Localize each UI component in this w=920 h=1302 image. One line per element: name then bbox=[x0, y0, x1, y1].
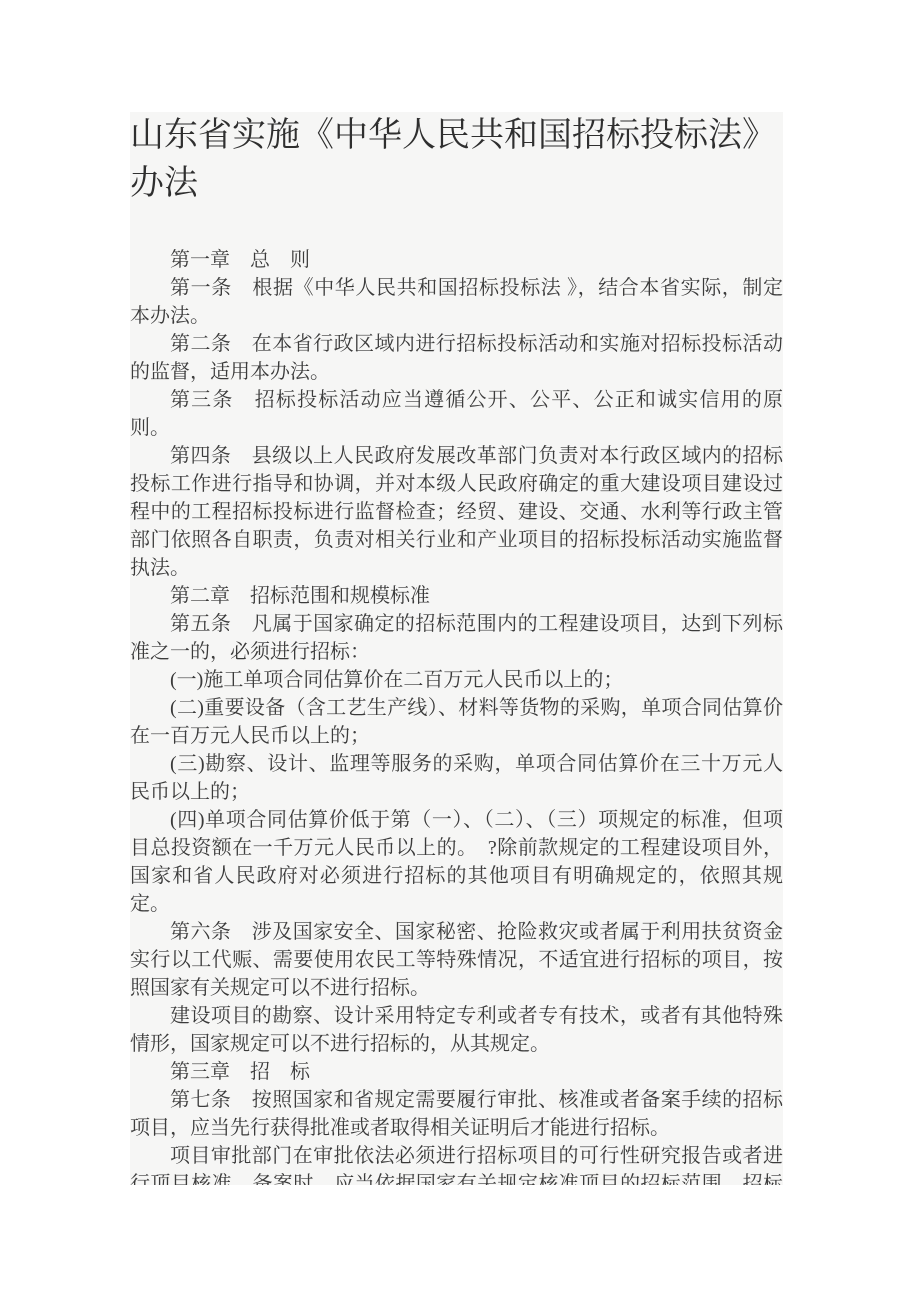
paragraph-item: (二)重要设备（含工艺生产线）、材料等货物的采购，单项合同估算价在一百万元人民币… bbox=[130, 694, 783, 750]
paragraph-item: (一)施工单项合同估算价在二百万元人民币以上的； bbox=[130, 666, 783, 694]
paragraph-chapter: 第三章 招 标 bbox=[130, 1058, 783, 1086]
document-title: 山东省实施《中华人民共和国招标投标法》办法 bbox=[130, 112, 783, 208]
document-body: 第一章 总 则第一条 根据《中华人民共和国招标投标法 》，结合本省实际，制定本办… bbox=[130, 246, 783, 1185]
paragraph-item: (四)单项合同估算价低于第（一）、（二）、（三）项规定的标准，但项目总投资额在一… bbox=[130, 806, 783, 918]
paragraph-item: (三)勘察、设计、监理等服务的采购，单项合同估算价在三十万元人民币以上的； bbox=[130, 750, 783, 806]
paragraph-chapter: 第一章 总 则 bbox=[130, 246, 783, 274]
paragraph-article: 项目审批部门在审批依法必须进行招标项目的可行性研究报告或者进行项目核准、备案时，… bbox=[130, 1142, 783, 1185]
paragraph-article: 建设项目的勘察、设计采用特定专利或者专有技术，或者有其他特殊情形，国家规定可以不… bbox=[130, 1002, 783, 1058]
paragraph-article: 第七条 按照国家和省规定需要履行审批、核准或者备案手续的招标项目，应当先行获得批… bbox=[130, 1086, 783, 1142]
paragraph-chapter: 第二章 招标范围和规模标准 bbox=[130, 582, 783, 610]
paragraph-article: 第二条 在本省行政区域内进行招标投标活动和实施对招标投标活动的监督，适用本办法。 bbox=[130, 330, 783, 386]
paragraph-article: 第四条 县级以上人民政府发展改革部门负责对本行政区域内的招标投标工作进行指导和协… bbox=[130, 442, 783, 582]
paragraph-article: 第一条 根据《中华人民共和国招标投标法 》，结合本省实际，制定本办法。 bbox=[130, 274, 783, 330]
paragraph-article: 第六条 涉及国家安全、国家秘密、抢险救灾或者属于利用扶贫资金实行以工代赈、需要使… bbox=[130, 918, 783, 1002]
paragraph-article: 第五条 凡属于国家确定的招标范围内的工程建设项目，达到下列标准之一的，必须进行招… bbox=[130, 610, 783, 666]
document-text-block: 山东省实施《中华人民共和国招标投标法》办法 第一章 总 则第一条 根据《中华人民… bbox=[130, 112, 783, 1185]
paragraph-article: 第三条 招标投标活动应当遵循公开、公平、公正和诚实信用的原则。 bbox=[130, 386, 783, 442]
